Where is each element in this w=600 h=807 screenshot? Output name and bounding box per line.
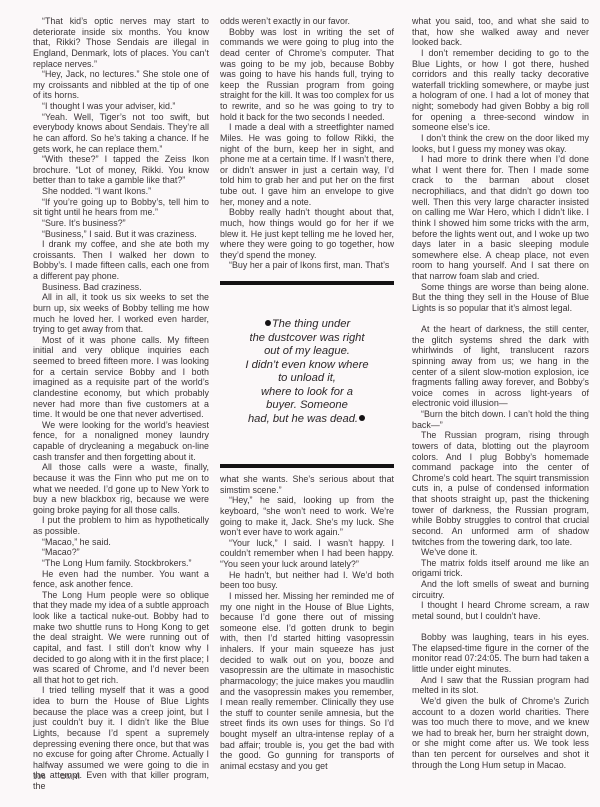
paragraph: And I saw that the Russian program had m… xyxy=(412,675,589,696)
paragraph: “With these?” I tapped the Zeiss Ikon br… xyxy=(33,154,209,186)
pull-quote-line: buyer. Someone xyxy=(222,399,392,413)
paragraph: “Sure. It’s business?” xyxy=(33,218,209,229)
paragraph: “Burn the bitch down. I can’t hold the t… xyxy=(412,409,589,430)
paragraph: I don’t think the crew on the door liked… xyxy=(412,133,589,154)
paragraph: “Buy her a pair of Ikons first, man. Tha… xyxy=(220,260,394,271)
paragraph: All in all, it took us six weeks to set … xyxy=(33,292,209,335)
pull-quote-line: had, but he was dead. xyxy=(222,413,392,427)
paragraph: “Macao,” he said. xyxy=(33,537,209,548)
paragraph: The Long Hum people were so oblique that… xyxy=(33,590,209,686)
section-break xyxy=(412,622,589,633)
pull-quote-line: the dustcover was right xyxy=(222,332,392,346)
pull-quote-bottom-rule xyxy=(220,464,394,468)
paragraph: He hadn’t, but neither had I. We’d both … xyxy=(220,570,394,591)
paragraph: Bobby was lost in writing the set of com… xyxy=(220,27,394,123)
paragraph: I don’t remember deciding to go to the B… xyxy=(412,48,589,133)
close-quote-dot-icon xyxy=(359,415,365,421)
pull-quote-top-rule xyxy=(220,281,394,285)
paragraph: Business. Bad craziness. xyxy=(33,282,209,293)
paragraph: “Hey,” he said, looking up from the keyb… xyxy=(220,495,394,538)
paragraph: We were looking for the world’s heaviest… xyxy=(33,420,209,463)
paragraph: Bobby really hadn’t thought about that, … xyxy=(220,207,394,260)
pull-quote-line: to unload it, xyxy=(222,372,392,386)
paragraph: “If you’re going up to Bobby’s, tell him… xyxy=(33,197,209,218)
paragraph: “Hey, Jack, no lectures.” She stole one … xyxy=(33,69,209,101)
section-break xyxy=(412,314,589,325)
paragraph: “Yeah. Well, Tiger’s not too swift, but … xyxy=(33,112,209,155)
article-column-left: “That kid’s optic nerves may start to de… xyxy=(33,16,209,792)
page-number: 106 xyxy=(33,772,46,781)
paragraph: “Macao?” xyxy=(33,547,209,558)
paragraph: We’d given the bulk of Chrome’s Zurich a… xyxy=(412,696,589,770)
pull-quote: The thing underthe dustcover was rightou… xyxy=(222,318,392,426)
paragraph: “Your luck,” I said. I wasn’t happy. I c… xyxy=(220,538,394,570)
pull-quote-line: where to look for a xyxy=(222,386,392,400)
paragraph: odds weren’t exactly in our favor. xyxy=(220,16,394,27)
article-column-middle-bottom: what she wants. She’s serious about that… xyxy=(220,474,394,772)
paragraph: All those calls were a waste, finally, b… xyxy=(33,462,209,515)
paragraph: “Business,” I said. But it was craziness… xyxy=(33,229,209,240)
page-footer: 106 OMNI xyxy=(33,772,80,781)
paragraph: The Russian program, rising through towe… xyxy=(412,430,589,547)
paragraph: And the loft smells of sweat and burning… xyxy=(412,579,589,600)
pull-quote-line: out of my league. xyxy=(222,345,392,359)
paragraph: She nodded. “I want Ikons.” xyxy=(33,186,209,197)
paragraph: I thought I heard Chrome scream, a raw m… xyxy=(412,600,589,621)
paragraph: At the heart of darkness, the still cent… xyxy=(412,324,589,409)
paragraph: “That kid’s optic nerves may start to de… xyxy=(33,16,209,69)
pull-quote-line: I didn’t even know where xyxy=(222,359,392,373)
paragraph: I had more to drink there when I’d done … xyxy=(412,154,589,282)
paragraph: I drank my coffee, and she ate both my c… xyxy=(33,239,209,282)
paragraph: “I thought I was your adviser, kid.” xyxy=(33,101,209,112)
paragraph: I made a deal with a streetfighter named… xyxy=(220,122,394,207)
paragraph: He even had the number. You want a fence… xyxy=(33,569,209,590)
paragraph: We’ve done it. xyxy=(412,547,589,558)
pull-quote-line: The thing under xyxy=(222,318,392,332)
paragraph: Bobby was laughing, tears in his eyes. T… xyxy=(412,632,589,675)
paragraph: Most of it was phone calls. My fifteen i… xyxy=(33,335,209,420)
paragraph: “The Long Hum family. Stockbrokers.” xyxy=(33,558,209,569)
paragraph: I put the problem to him as hypothetical… xyxy=(33,515,209,536)
magazine-name: OMNI xyxy=(60,772,80,781)
paragraph: The matrix folds itself around me like a… xyxy=(412,558,589,579)
paragraph: what she wants. She’s serious about that… xyxy=(220,474,394,495)
paragraph: I missed her. Missing her reminded me of… xyxy=(220,591,394,772)
article-column-right: what you said, too, and what she said to… xyxy=(412,16,589,770)
paragraph: Some things are worse than being alone. … xyxy=(412,282,589,314)
paragraph: what you said, too, and what she said to… xyxy=(412,16,589,48)
article-column-middle-top: odds weren’t exactly in our favor.Bobby … xyxy=(220,16,394,271)
open-quote-dot-icon xyxy=(265,320,271,326)
